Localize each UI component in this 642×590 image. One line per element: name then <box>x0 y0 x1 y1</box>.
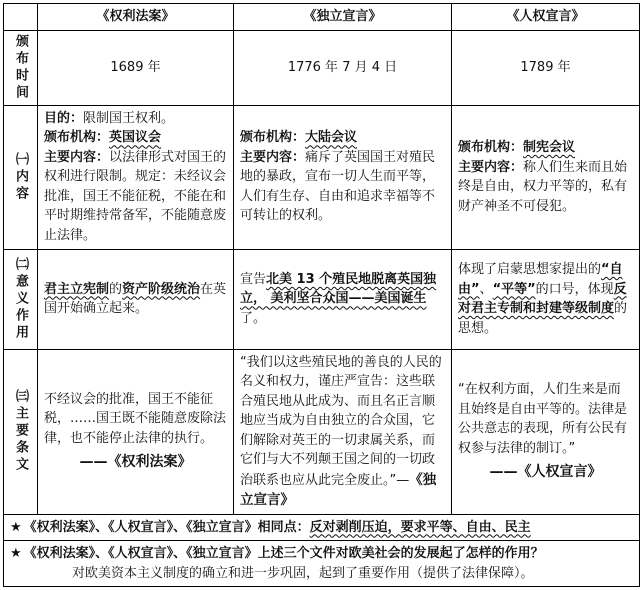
cell-articles-rights: “在权利方面，人们生来是而且始终是自由平等的。法律是公共意志的表现，所有公民有权… <box>452 349 640 514</box>
time-label-text: 颁布时间 <box>14 34 27 102</box>
cell-significance-bill: 君主立宪制的资产阶级统治在英国开始确立起来。 <box>38 249 234 349</box>
answer-line: 对欧美资本主义制度的确立和进一步巩固，起到了重要作用（提供了法律保障）。 <box>10 564 633 584</box>
header-bill-of-rights: 《权利法案》 <box>38 4 234 31</box>
bill-quote-source: ——《权利法案》 <box>44 452 227 473</box>
row-label-time: 颁布时间 <box>4 30 38 105</box>
row-label-significance: ㈡意义作用 <box>4 249 38 349</box>
corner-cell <box>4 4 38 31</box>
bill-quote: 不经议会的批准，国王不能征税，……国王既不能随意废除法律，也不能停止法律的执行。 <box>44 390 227 449</box>
cell-time-independence: 1776 年 7 月 4 日 <box>234 30 452 105</box>
rights-main-content: 主要内容：称人们生来而且始终是自由，权力平等的，私有财产神圣不可侵犯。 <box>458 158 633 217</box>
articles-label-text: ㈢主要条文 <box>14 389 27 474</box>
header-declaration-independence: 《独立宣言》 <box>234 4 452 31</box>
comparison-table: 《权利法案》 《独立宣言》 《人权宣言》 颁布时间 1689 年 1776 年 … <box>3 3 640 587</box>
cell-content-bill: 目的：限制国王权利。 颁布机构：英国议会 主要内容：以法律形式对国王的权利进行限… <box>38 105 234 249</box>
cell-time-rights: 1789 年 <box>452 30 640 105</box>
independence-org: 颁布机构：大陆会议 <box>240 128 445 148</box>
star-icon: ★ <box>10 546 22 561</box>
star-icon: ★ <box>10 520 22 535</box>
articles-row: ㈢主要条文 不经议会的批准，国王不能征税，……国王既不能随意废除法律，也不能停止… <box>4 349 640 514</box>
significance-label-text: ㈡意义作用 <box>14 257 27 342</box>
note-same-point-row: ★《权利法案》、《人权宣言》、《独立宣言》相同点：反对剥削压迫，要求平等、自由、… <box>4 514 640 541</box>
document-page: 《权利法案》 《独立宣言》 《人权宣言》 颁布时间 1689 年 1776 年 … <box>0 0 642 590</box>
content-row: ㈠内容 目的：限制国王权利。 颁布机构：英国议会 主要内容：以法律形式对国王的权… <box>4 105 640 249</box>
time-row: 颁布时间 1689 年 1776 年 7 月 4 日 1789 年 <box>4 30 640 105</box>
note-same-point: ★《权利法案》、《人权宣言》、《独立宣言》相同点：反对剥削压迫，要求平等、自由、… <box>4 514 640 541</box>
independence-main-content: 主要内容：痛斥了英国国王对殖民地的暴政，宣布一切人生而平等，人们有生存、自由和追… <box>240 148 445 226</box>
note-question-row: ★《权利法案》、《人权宣言》、《独立宣言》上述三个文件对欧美社会的发展起了怎样的… <box>4 541 640 587</box>
cell-content-rights: 颁布机构：制宪会议 主要内容：称人们生来而且始终是自由，权力平等的，私有财产神圣… <box>452 105 640 249</box>
rights-quote-source: ——《人权宣言》 <box>458 462 633 483</box>
significance-row: ㈡意义作用 君主立宪制的资产阶级统治在英国开始确立起来。 宣告北美 13 个殖民… <box>4 249 640 349</box>
independence-quote: “我们以这些殖民地的善良的人民的名义和权力，谨庄严宣告：这些联合殖民地从此成为、… <box>240 353 445 511</box>
cell-articles-bill: 不经议会的批准，国王不能征税，……国王既不能随意废除法律，也不能停止法律的执行。… <box>38 349 234 514</box>
note-question: ★《权利法案》、《人权宣言》、《独立宣言》上述三个文件对欧美社会的发展起了怎样的… <box>4 541 640 587</box>
cell-content-independence: 颁布机构：大陆会议 主要内容：痛斥了英国国王对殖民地的暴政，宣布一切人生而平等，… <box>234 105 452 249</box>
header-declaration-rights-of-man: 《人权宣言》 <box>452 4 640 31</box>
row-label-content: ㈠内容 <box>4 105 38 249</box>
rights-quote: “在权利方面，人们生来是而且始终是自由平等的。法律是公共意志的表现，所有公民有权… <box>458 380 633 458</box>
rights-org: 颁布机构：制宪会议 <box>458 138 633 158</box>
bill-main-content: 主要内容：以法律形式对国王的权利进行限制。规定：未经议会批准，国王不能征税，不能… <box>44 148 227 246</box>
row-label-articles: ㈢主要条文 <box>4 349 38 514</box>
header-row: 《权利法案》 《独立宣言》 《人权宣言》 <box>4 4 640 31</box>
question-line: ★《权利法案》、《人权宣言》、《独立宣言》上述三个文件对欧美社会的发展起了怎样的… <box>10 544 633 564</box>
cell-significance-independence: 宣告北美 13 个殖民地脱离英国独立， 美利坚合众国——美国诞生了。 <box>234 249 452 349</box>
cell-significance-rights: 体现了启蒙思想家提出的“自由”、“平等”的口号，体现反对君主专制和封建等级制度的… <box>452 249 640 349</box>
bill-purpose: 目的：限制国王权利。 <box>44 109 227 129</box>
cell-articles-independence: “我们以这些殖民地的善良的人民的名义和权力，谨庄严宣告：这些联合殖民地从此成为、… <box>234 349 452 514</box>
content-label-text: ㈠内容 <box>14 152 27 203</box>
cell-time-bill: 1689 年 <box>38 30 234 105</box>
bill-org: 颁布机构：英国议会 <box>44 128 227 148</box>
